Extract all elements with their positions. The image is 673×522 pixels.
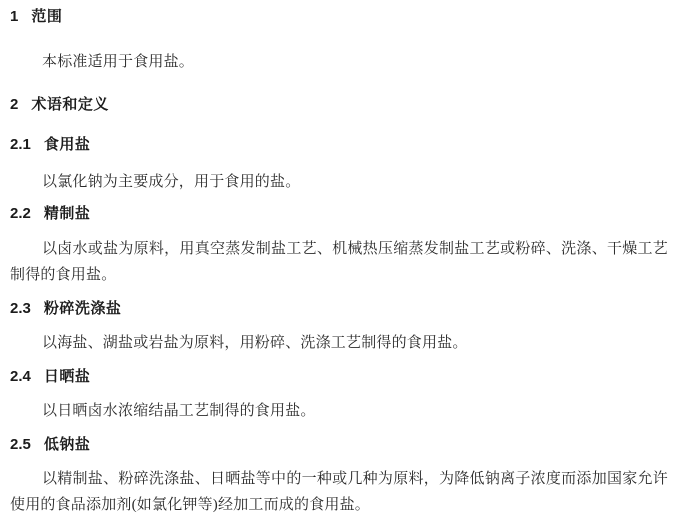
paragraph-edible-salt-definition: 以氯化钠为主要成分，用于食用的盐。 [10, 169, 668, 195]
section-heading-refined-salt: 2.2精制盐 [10, 201, 668, 227]
section-title: 日晒盐 [44, 368, 91, 385]
section-number: 2.2 [10, 201, 31, 227]
section-title: 食用盐 [44, 136, 91, 153]
section-heading-edible-salt: 2.1食用盐 [10, 132, 668, 158]
paragraph-sun-dried-salt-definition: 以日晒卤水浓缩结晶工艺制得的食用盐。 [10, 398, 668, 424]
paragraph-scope-body: 本标准适用于食用盐。 [10, 49, 668, 75]
section-heading-terms: 2术语和定义 [10, 92, 668, 118]
section-number: 2.5 [10, 432, 31, 458]
paragraph-crushed-washed-salt-definition: 以海盐、湖盐或岩盐为原料，用粉碎、洗涤工艺制得的食用盐。 [10, 330, 668, 356]
section-title: 低钠盐 [44, 436, 91, 453]
section-title: 范围 [31, 8, 62, 25]
section-title: 术语和定义 [31, 96, 109, 113]
section-number: 1 [10, 4, 18, 30]
section-title: 粉碎洗涤盐 [44, 300, 122, 317]
paragraph-refined-salt-definition: 以卤水或盐为原料，用真空蒸发制盐工艺、机械热压缩蒸发制盐工艺或粉碎、洗涤、干燥工… [10, 236, 668, 288]
section-title: 精制盐 [44, 205, 91, 222]
paragraph-low-sodium-salt-definition: 以精制盐、粉碎洗涤盐、日晒盐等中的一种或几种为原料，为降低钠离子浓度而添加国家允… [10, 466, 668, 518]
section-heading-low-sodium-salt: 2.5低钠盐 [10, 432, 668, 458]
section-number: 2.3 [10, 296, 31, 322]
section-heading-sun-dried-salt: 2.4日晒盐 [10, 364, 668, 390]
section-number: 2.4 [10, 364, 31, 390]
section-number: 2.1 [10, 132, 31, 158]
section-heading-crushed-washed-salt: 2.3粉碎洗涤盐 [10, 296, 668, 322]
section-heading-scope: 1范围 [10, 4, 668, 30]
section-number: 2 [10, 92, 18, 118]
document-page: 1范围 本标准适用于食用盐。 2术语和定义 2.1食用盐 以氯化钠为主要成分，用… [0, 0, 673, 522]
